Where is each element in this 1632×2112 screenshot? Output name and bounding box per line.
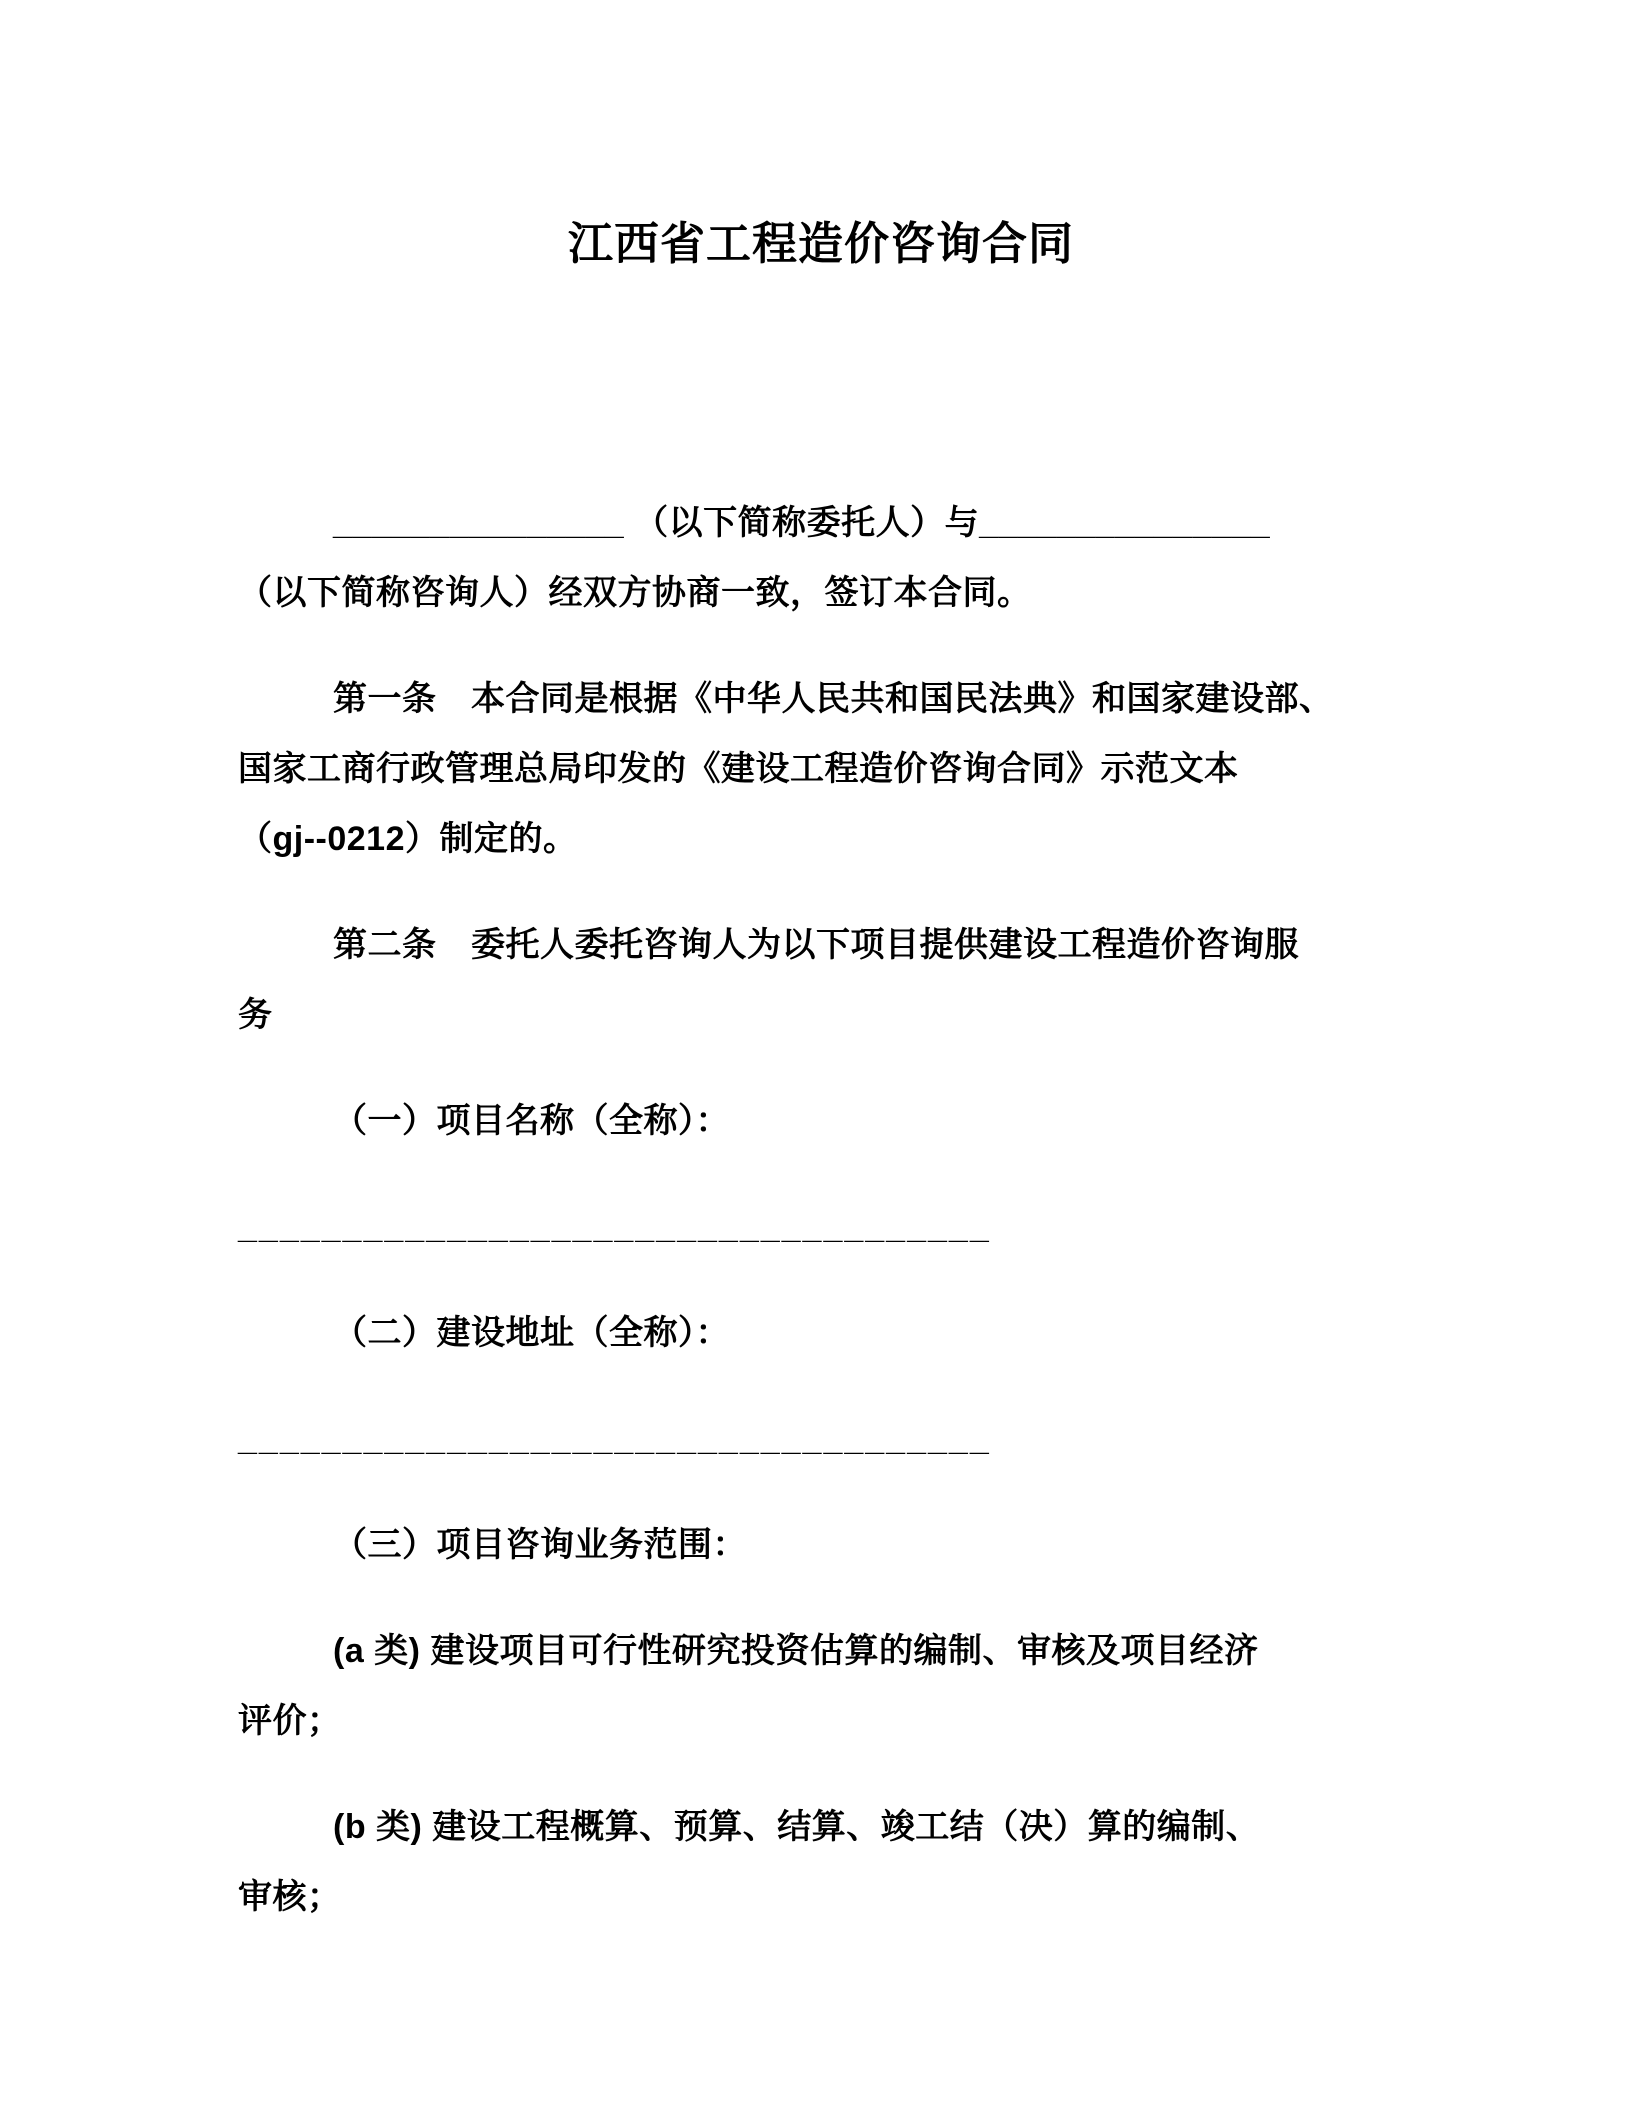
item-construction-address-label: （二）建设地址（全称）： [238, 1298, 1404, 1368]
paragraph-article-1: 第一条 本合同是根据《中华人民共和国民法典》和国家建设部、 国家工商行政管理总局… [238, 664, 1404, 874]
article-1-line-3: （gj--0212）制定的。 [238, 804, 1404, 874]
project-name-blank: ____________________________________ [238, 1192, 1404, 1262]
scope-class-b-line-2: 审核； [238, 1862, 1404, 1932]
intro-line-1: _______________ （以下简称委托人）与______________… [238, 488, 1404, 558]
scope-class-b-line-1: (b 类) 建设工程概算、预算、结算、竣工结（决）算的编制、 [238, 1792, 1404, 1862]
scope-class-a: (a 类) 建设项目可行性研究投资估算的编制、审核及项目经济 评价； [238, 1616, 1404, 1756]
article-2-line-2: 务 [238, 980, 1404, 1050]
paragraph-intro: _______________ （以下简称委托人）与______________… [238, 488, 1404, 628]
article-2-line-1: 第二条 委托人委托咨询人为以下项目提供建设工程造价咨询服 [238, 910, 1404, 980]
item-project-name-label: （一）项目名称（全称）： [238, 1086, 1404, 1156]
construction-address-blank: ____________________________________ [238, 1404, 1404, 1474]
article-1-line-2: 国家工商行政管理总局印发的《建设工程造价咨询合同》示范文本 [238, 734, 1404, 804]
construction-address-blank-underline: ____________________________________ [238, 1404, 1404, 1474]
contract-page: 江西省工程造价咨询合同 _______________ （以下简称委托人）与__… [0, 0, 1632, 2112]
article-1-line-1: 第一条 本合同是根据《中华人民共和国民法典》和国家建设部、 [238, 664, 1404, 734]
item-project-name: （一）项目名称（全称）： [238, 1086, 1404, 1156]
scope-class-b: (b 类) 建设工程概算、预算、结算、竣工结（决）算的编制、 审核； [238, 1792, 1404, 1932]
paragraph-article-2: 第二条 委托人委托咨询人为以下项目提供建设工程造价咨询服 务 [238, 910, 1404, 1050]
item-consulting-scope: （三）项目咨询业务范围： [238, 1510, 1404, 1580]
scope-class-a-line-1: (a 类) 建设项目可行性研究投资估算的编制、审核及项目经济 [238, 1616, 1404, 1686]
project-name-blank-underline: ____________________________________ [238, 1192, 1404, 1262]
item-construction-address: （二）建设地址（全称）： [238, 1298, 1404, 1368]
item-consulting-scope-label: （三）项目咨询业务范围： [238, 1510, 1404, 1580]
document-title: 江西省工程造价咨询合同 [238, 212, 1404, 275]
scope-class-a-line-2: 评价； [238, 1686, 1404, 1756]
intro-line-2: （以下简称咨询人）经双方协商一致，签订本合同。 [238, 558, 1404, 628]
